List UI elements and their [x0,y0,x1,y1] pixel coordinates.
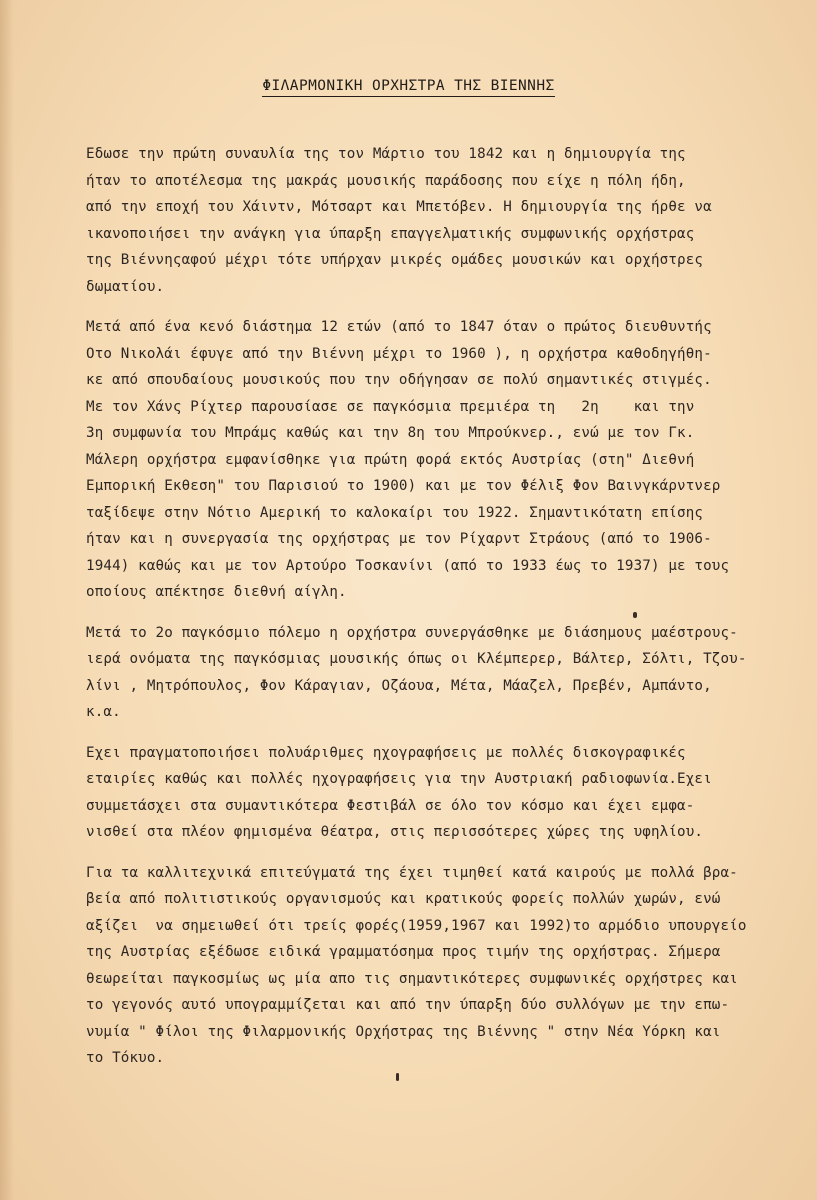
text-line: Μάλερη ορχήστρα εμφανίσθηκε για πρώτη φο… [86,447,766,474]
page-edge-shadow [0,0,14,1200]
text-line: θεωρείται παγκοσμίως ως μία απο τις σημα… [86,966,766,993]
paragraph: Μετά από ένα κενό διάστημα 12 ετών (από … [86,314,766,606]
paragraph: Εχει πραγματοποιήσει πολυάριθμες ηχογραφ… [86,740,766,846]
text-line: ήταν και η συνεργασία της ορχήστρας με τ… [86,526,766,553]
text-line: ικανοποιήσει την ανάγκη για ύπαρξη επαγγ… [86,221,766,248]
text-line: κε από σπουδαίους μουσικούς που την οδήγ… [86,367,766,394]
text-line: το Τόκυο. [86,1045,766,1072]
paragraph: Εδωσε την πρώτη συναυλία της τον Μάρτιο … [86,141,766,300]
text-line: νυμία " Φίλοι της Φιλαρμονικής Ορχήστρας… [86,1019,766,1046]
text-line: 1944) καθώς και με τον Αρτούρο Τοσκανίνι… [86,553,766,580]
text-line: Με τον Χάνς Ρίχτερ παρουσίασε σε παγκόσμ… [86,394,766,421]
text-line: ήταν το αποτέλεσμα της μακράς μουσικής π… [86,168,766,195]
paragraph: Για τα καλλιτεχνικά επιτεύγματά της έχει… [86,860,766,1072]
text-line: Μετά το 2ο παγκόσμιο πόλεμο η ορχήστρα σ… [86,620,766,647]
text-line: κ.α. [86,699,766,726]
text-line: ταξίδεψε στην Νότιο Αμερική το καλοκαίρι… [86,500,766,527]
text-line: Εδωσε την πρώτη συναυλία της τον Μάρτιο … [86,141,766,168]
paragraph: Μετά το 2ο παγκόσμιο πόλεμο η ορχήστρα σ… [86,620,766,726]
text-line: το γεγονός αυτό υπογραμμίζεται και από τ… [86,992,766,1019]
text-line: της Αυστρίας εξέδωσε ειδικά γραμματόσημα… [86,939,766,966]
text-line: δωματίου. [86,274,766,301]
text-line: Μετά από ένα κενό διάστημα 12 ετών (από … [86,314,766,341]
text-line: της Βιέννηςαφού μέχρι τότε υπήρχαν μικρέ… [86,247,766,274]
text-line: Οτο Νικολάι έφυγε από την Βιέννη μέχρι τ… [86,341,766,368]
text-line: αξίζει να σημειωθεί ότι τρείς φορές(1959… [86,913,766,940]
document-title: ΦΙΛΑΡΜΟΝΙΚΗ ΟΡΧΗΣΤΡΑ ΤΗΣ ΒΙΕΝΝΗΣ [0,78,817,94]
text-line: εταιρίες καθώς και πολλές ηχογραφήσεις γ… [86,766,766,793]
text-line: οποίους απέκτησε διεθνή αίγλη. [86,579,766,606]
text-line: Για τα καλλιτεχνικά επιτεύγματά της έχει… [86,860,766,887]
text-line: ιερά ονόματα της παγκόσμιας μουσικής όπω… [86,646,766,673]
document-body: Εδωσε την πρώτη συναυλία της τον Μάρτιο … [86,141,766,1086]
text-line: νισθεί στα πλέον φημισμένα θέατρα, στις … [86,819,766,846]
document-title-text: ΦΙΛΑΡΜΟΝΙΚΗ ΟΡΧΗΣΤΡΑ ΤΗΣ ΒΙΕΝΝΗΣ [262,78,554,97]
text-line: 3η συμφωνία του Μπράμς καθώς και την 8η … [86,420,766,447]
text-line: συμμετάσχει στα συμαντικότερα Φεστιβάλ σ… [86,793,766,820]
text-line: βεία από πολιτιστικούς οργανισμούς και κ… [86,886,766,913]
text-line: Εχει πραγματοποιήσει πολυάριθμες ηχογραφ… [86,740,766,767]
text-line: από την εποχή του Χάιντν, Μότσαρτ και Μπ… [86,194,766,221]
ink-speck [633,612,637,618]
text-line: Εμπορική Εκθεση" του Παρισιού το 1900) κ… [86,473,766,500]
ink-speck [396,1073,399,1081]
text-line: λίνι , Μητρόπουλος, Φον Κάραγιαν, Οζάουα… [86,673,766,700]
